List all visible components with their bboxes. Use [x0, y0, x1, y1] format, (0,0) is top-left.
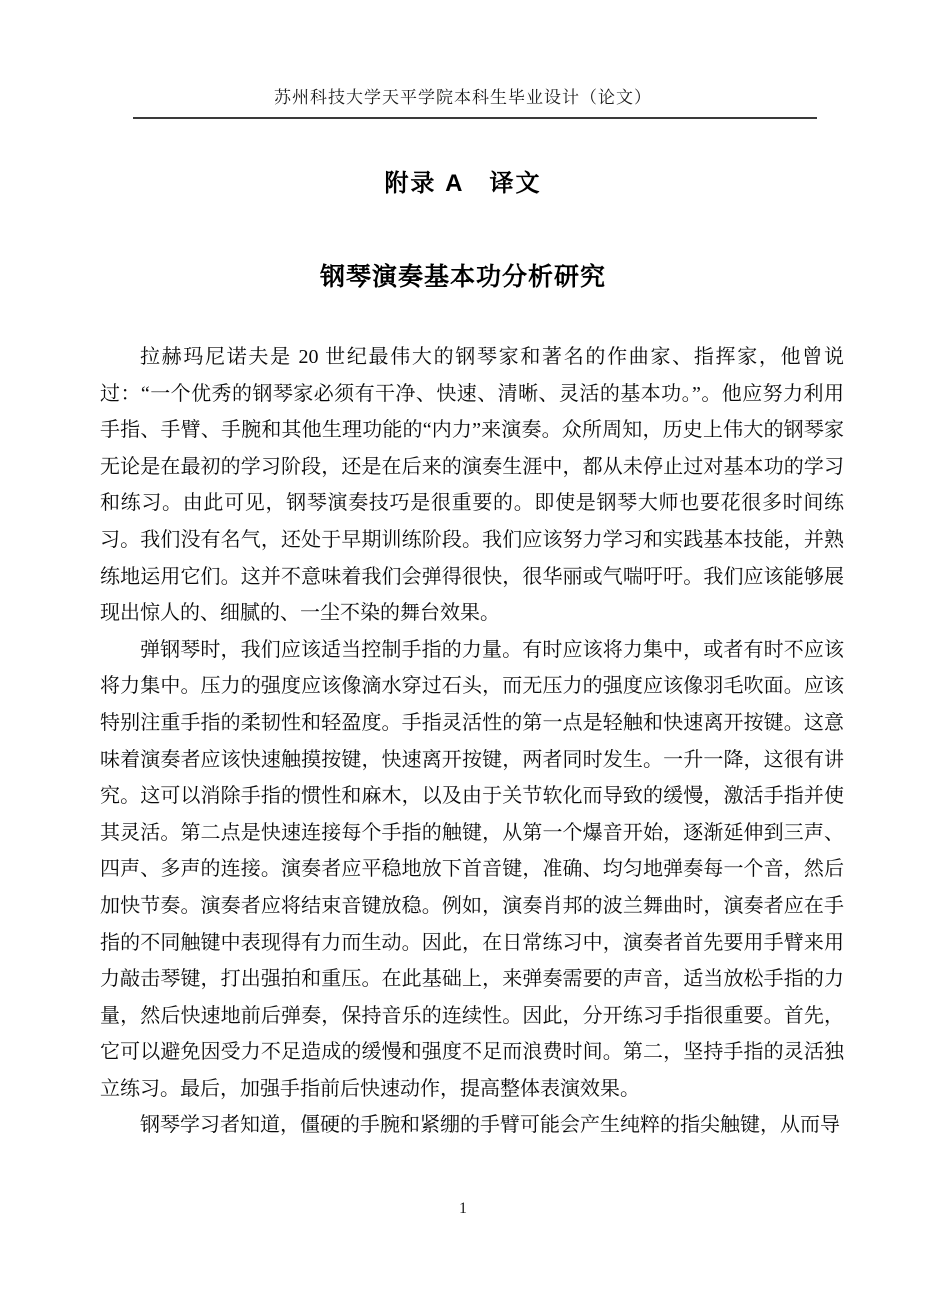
header-title: 苏州科技大学天平学院本科生毕业设计（论文） — [0, 86, 926, 110]
document-body: 拉赫玛尼诺夫是 20 世纪最伟大的钢琴家和著名的作曲家、指挥家，他曾说过：“一个… — [100, 339, 844, 1144]
page-footer: 1 — [0, 1200, 926, 1218]
paragraph: 拉赫玛尼诺夫是 20 世纪最伟大的钢琴家和著名的作曲家、指挥家，他曾说过：“一个… — [100, 339, 844, 632]
page-header: 苏州科技大学天平学院本科生毕业设计（论文） — [0, 86, 926, 110]
paragraph: 钢琴学习者知道，僵硬的手腕和紧绷的手臂可能会产生纯粹的指尖触键，从而导 — [100, 1107, 844, 1144]
header-rule — [133, 117, 817, 119]
article-title: 钢琴演奏基本功分析研究 — [0, 257, 926, 293]
document-page: 苏州科技大学天平学院本科生毕业设计（论文） 附录 A 译文 钢琴演奏基本功分析研… — [0, 0, 926, 1309]
page-number: 1 — [459, 1200, 467, 1217]
paragraph: 弹钢琴时，我们应该适当控制手指的力量。有时应该将力集中，或者有时不应该将力集中。… — [100, 632, 844, 1108]
appendix-title: 附录 A 译文 — [0, 163, 926, 198]
